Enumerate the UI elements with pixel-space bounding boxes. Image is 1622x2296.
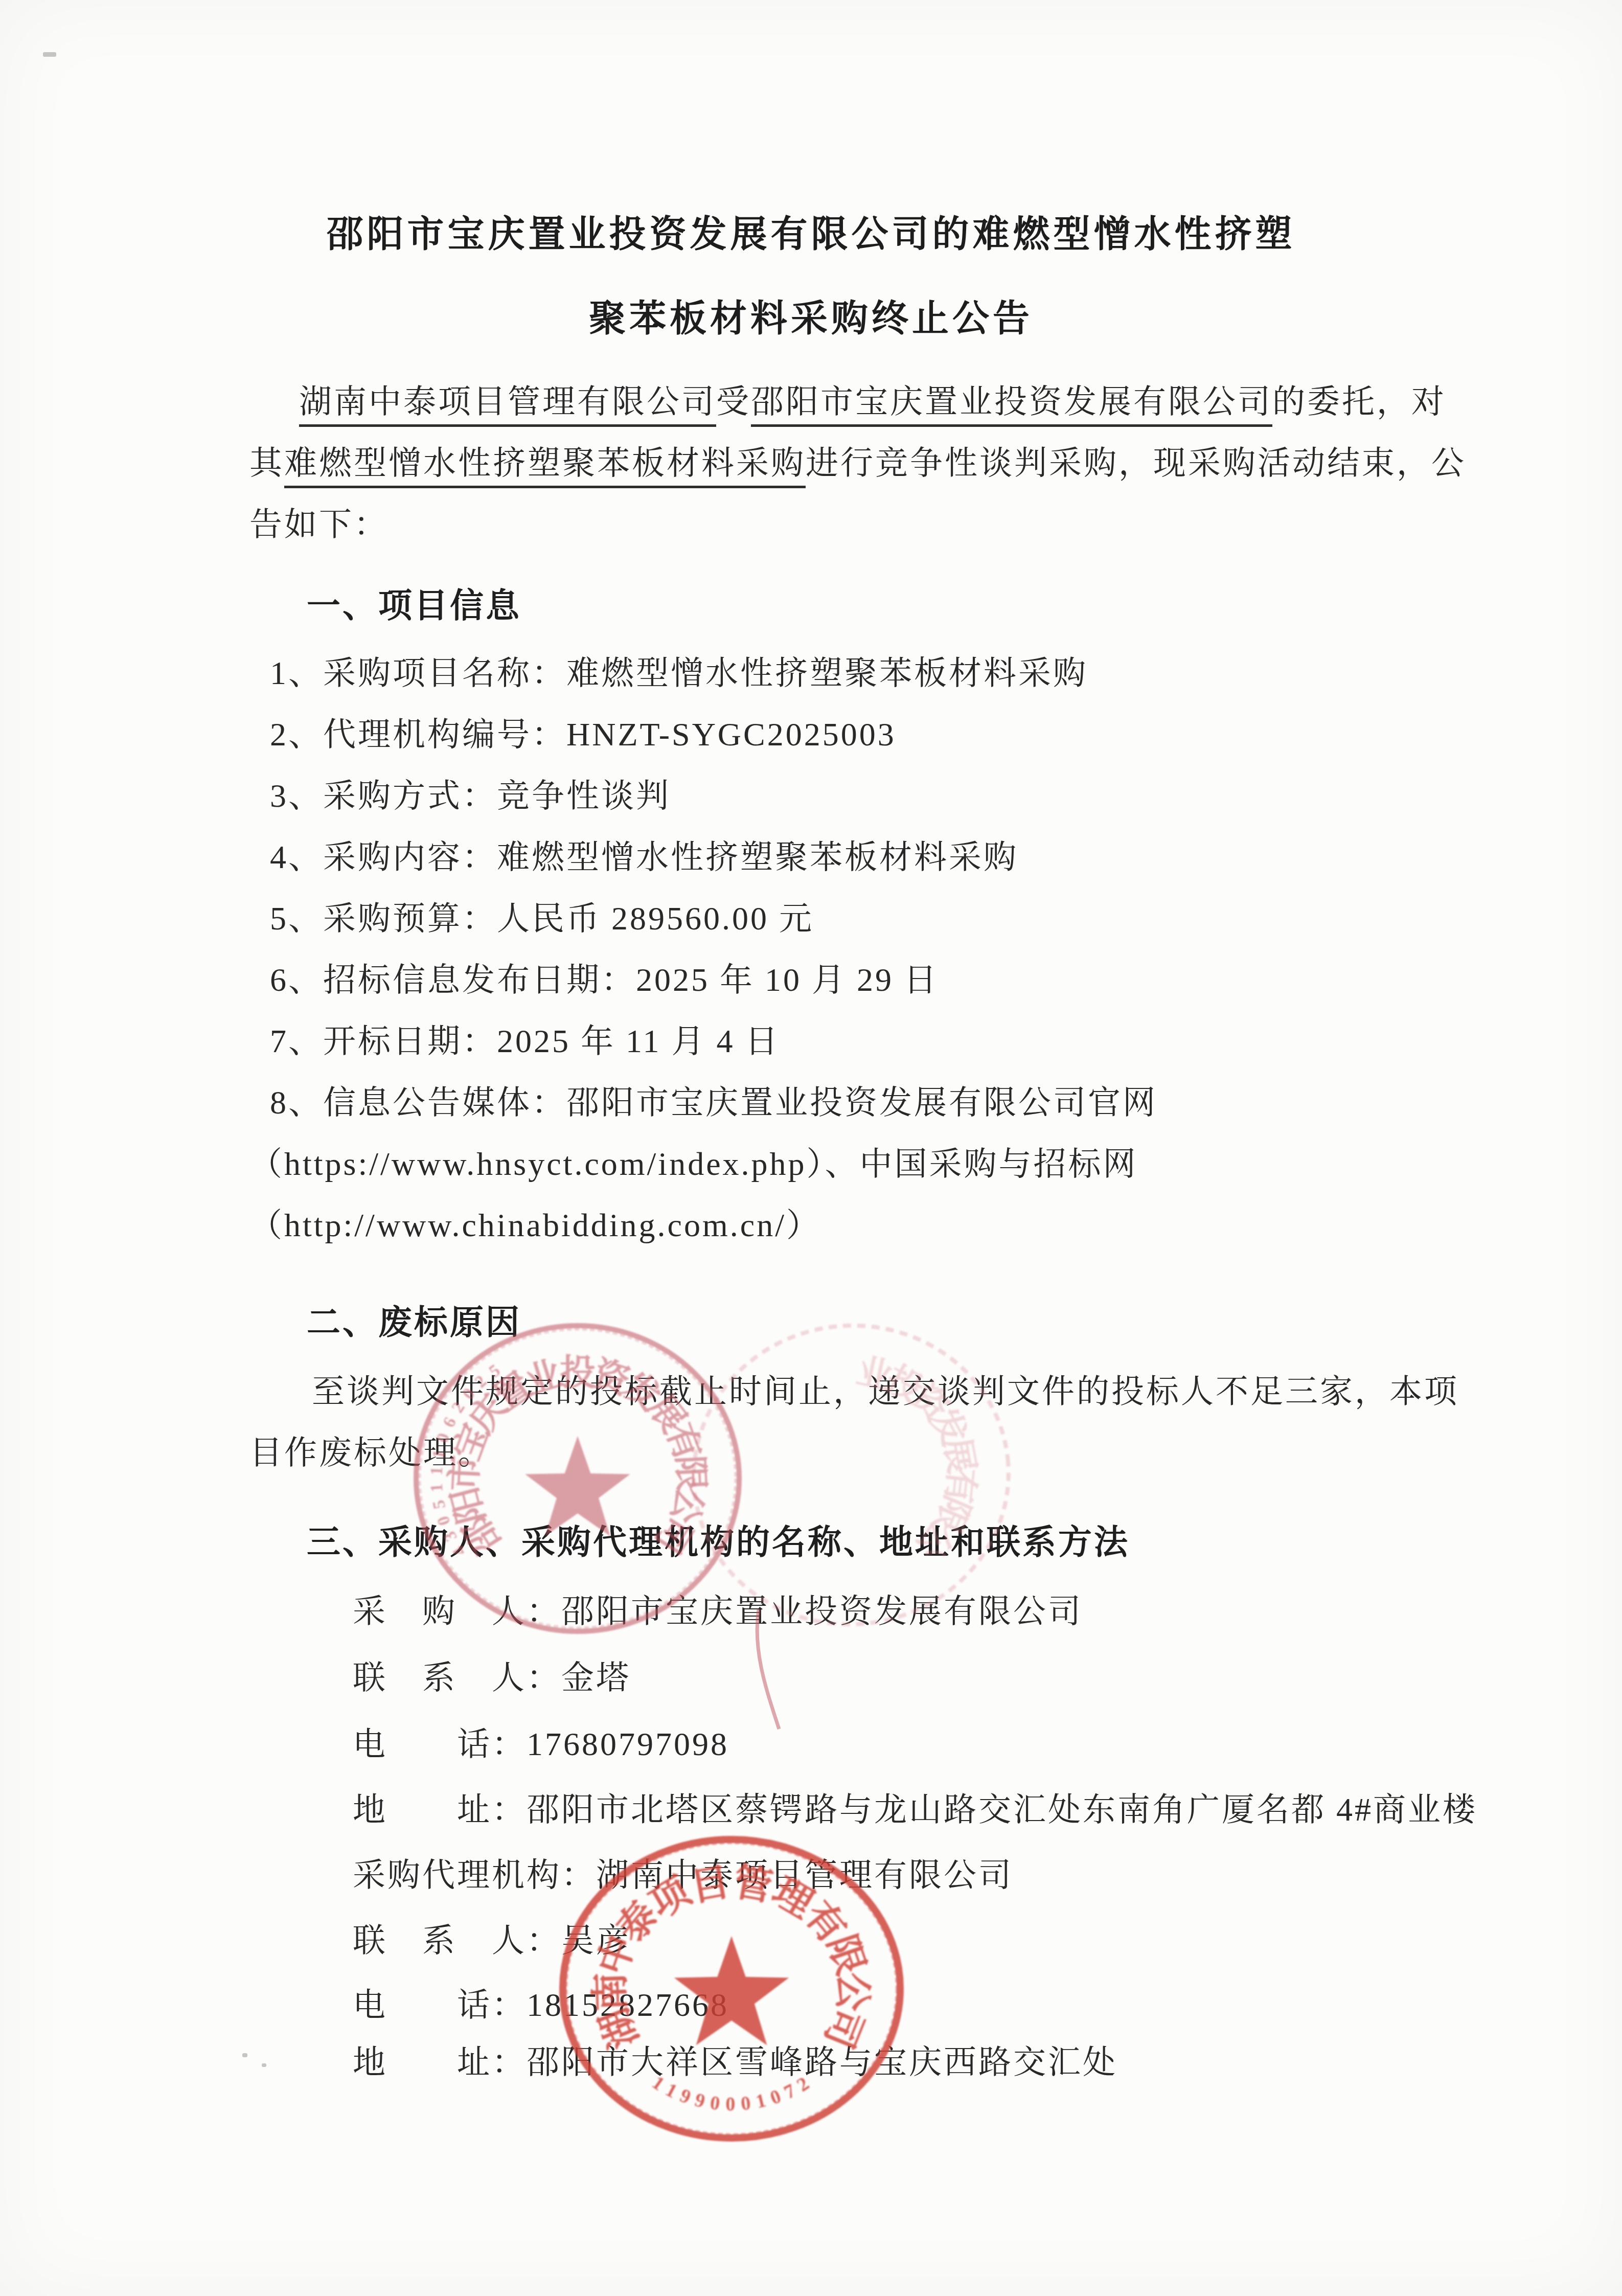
purchaser-line: 采 购 人：邵阳市宝庆置业投资发展有限公司 [353, 1594, 1083, 1629]
agency-line: 采购代理机构：湖南中泰项目管理有限公司 [353, 1858, 1013, 1893]
bid-opening-date-item: 7、开标日期：2025 年 11 月 4 日 [270, 1024, 780, 1059]
section-1-heading: 一、项目信息 [307, 588, 521, 623]
svg-text:有: 有 [938, 1465, 981, 1505]
agency-reference-number-item: 2、代理机构编号：HNZT-SYGC2025003 [270, 717, 896, 752]
procurement-content-item: 4、采购内容：难燃型憎水性挤塑聚苯板材料采购 [270, 840, 1018, 875]
svg-text:公: 公 [830, 1972, 874, 2012]
svg-text:6: 6 [440, 1415, 461, 1430]
svg-text:0: 0 [709, 2092, 721, 2115]
svg-text:5: 5 [429, 1498, 450, 1511]
media-url-line-1: （https://www.hnsyct.com/index.php）、中国采购与… [249, 1147, 1138, 1181]
budget-item: 5、采购预算：人民币 289560.00 元 [270, 901, 814, 936]
document-title-line-2: 聚苯板材料采购终止公告 [0, 298, 1622, 339]
section-2-heading: 二、废标原因 [307, 1305, 521, 1339]
cancellation-reason-line-2: 目作废标处理。 [249, 1436, 493, 1470]
svg-text:阳: 阳 [445, 1483, 492, 1527]
intro-line-3: 告如下： [249, 507, 389, 542]
project-name-underlined: 难燃型憎水性挤塑聚苯板材料采购 [284, 445, 806, 488]
svg-text:限: 限 [670, 1454, 711, 1492]
svg-text:1: 1 [427, 1483, 447, 1493]
svg-text:公: 公 [663, 1483, 710, 1527]
ghost-stamp-seal: 业投资发展有限公 [679, 1310, 1023, 1640]
intro-line-2: 其难燃型憎水性挤塑聚苯板材料采购进行竞争性谈判采购，现采购活动结束，公 [249, 446, 1466, 481]
section-3-heading: 三、采购人、采购代理机构的名称、地址和联系方法 [307, 1525, 1130, 1559]
procurement-method-item: 3、采购方式：竞争性谈判 [270, 779, 671, 813]
intro-line-1: 湖南中泰项目管理有限公司受邵阳市宝庆置业投资发展有限公司的委托，对 [299, 384, 1446, 419]
purchaser-contact-line: 联 系 人：金塔 [353, 1661, 631, 1695]
document-page: 邵阳市宝庆置业投资发展有限公司的难燃型憎水性挤塑 聚苯板材料采购终止公告 湖南中… [0, 0, 1622, 2296]
cancellation-reason-line-1: 至谈判文件规定的投标截止时间止，递交谈判文件的投标人不足三家，本项 [312, 1374, 1459, 1409]
purchaser-name: 邵阳市宝庆置业投资发展有限公司 [751, 383, 1272, 427]
purchaser-address-line: 地 址：邵阳市北塔区蔡锷路与龙山路交汇处东南角广厦名都 4#商业楼 [353, 1792, 1477, 1827]
intro-conjunction: 受 [716, 383, 751, 420]
svg-text:1: 1 [753, 2089, 768, 2112]
svg-text:展: 展 [936, 1434, 981, 1476]
agency-phone-line: 电 话：18152827668 [353, 1988, 729, 2022]
svg-text:9: 9 [677, 2085, 694, 2108]
svg-text:7: 7 [781, 2080, 799, 2103]
svg-text:0: 0 [725, 2094, 735, 2115]
svg-text:有: 有 [658, 1418, 708, 1466]
scan-speck [43, 52, 56, 57]
intro-line-2-head: 其 [249, 445, 284, 481]
svg-text:0: 0 [767, 2085, 784, 2109]
svg-text:9: 9 [693, 2089, 707, 2112]
scan-speck [262, 2063, 266, 2067]
project-name-item: 1、采购项目名称：难燃型憎水性挤塑聚苯板材料采购 [270, 656, 1088, 691]
document-title-line-1: 邵阳市宝庆置业投资发展有限公司的难燃型憎水性挤塑 [0, 214, 1622, 255]
media-url-line-2: （http://www.chinabidding.com.cn/） [249, 1208, 821, 1243]
intro-line-1-tail: 的委托，对 [1272, 383, 1446, 420]
media-item: 8、信息公告媒体：邵阳市宝庆置业投资发展有限公司官网 [270, 1085, 1157, 1120]
purchaser-phone-line: 电 话：17680797098 [353, 1727, 729, 1762]
stamp-star-icon [525, 1436, 630, 1536]
buyer-stamp-seal: 邵阳市宝庆置业投资发展有限公司4305111062025 [416, 1326, 739, 1631]
agency-address-line: 地 址：邵阳市大祥区雪峰路与宝庆西路交汇处 [353, 2045, 1117, 2080]
svg-text:有: 有 [796, 1894, 854, 1951]
procurement-agency-name: 湖南中泰项目管理有限公司 [299, 383, 716, 427]
intro-line-2-tail: 进行竞争性谈判采购，现采购活动结束，公 [806, 445, 1466, 481]
svg-text:0: 0 [740, 2093, 752, 2115]
agency-contact-line: 联 系 人：吴彦 [353, 1923, 631, 1958]
svg-text:限: 限 [819, 1929, 873, 1980]
scan-speck [242, 2053, 247, 2057]
svg-text:1: 1 [662, 2079, 681, 2102]
announcement-date-item: 6、招标信息发布日期：2025 年 10 月 29 日 [270, 963, 939, 997]
